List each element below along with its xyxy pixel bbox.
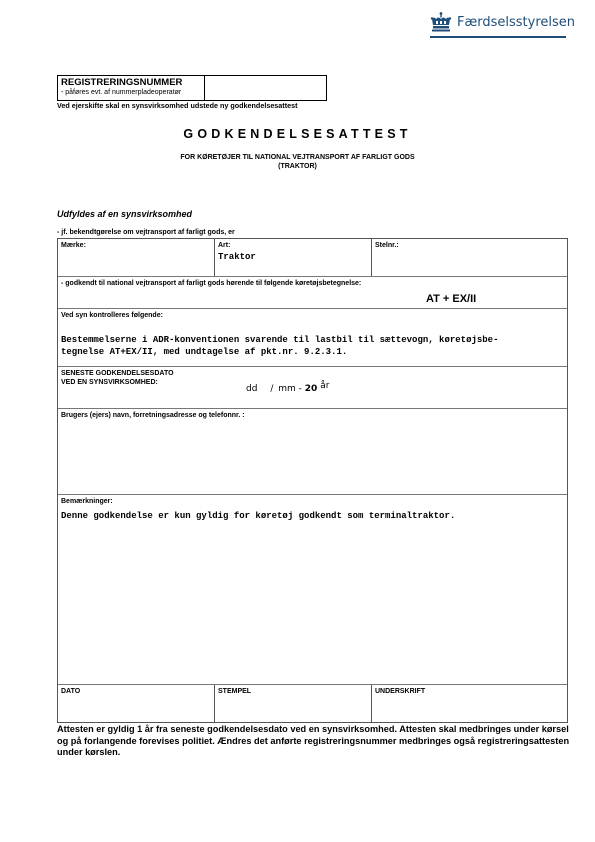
date-label: DATO: [61, 687, 211, 696]
validity-note: Attesten er gyldig 1 år fra seneste godk…: [57, 724, 577, 759]
date-sep-1: /: [270, 384, 273, 394]
agency-logo: Færdselsstyrelsen: [430, 12, 570, 42]
registration-title: REGISTRERINGSNUMMER: [61, 77, 201, 88]
date-field[interactable]: DATO: [58, 685, 214, 723]
date-sep-2: -: [299, 384, 302, 394]
make-label: Mærke:: [61, 241, 211, 250]
logo-text: Færdselsstyrelsen: [457, 15, 575, 30]
registration-box: REGISTRERINGSNUMMER - påføres evt. af nu…: [57, 75, 327, 101]
logo-underline: [430, 36, 566, 38]
remarks-label: Bemærkninger:: [61, 497, 564, 506]
owner-row: Brugers (ejers) navn, forretningsadresse…: [58, 409, 567, 495]
chassis-field[interactable]: Stelnr.:: [371, 239, 567, 276]
inspection-field[interactable]: Ved syn kontrolleres følgende: Bestemmel…: [58, 309, 567, 366]
registration-subtitle: - påføres evt. af nummerpladeoperatør: [61, 88, 201, 97]
date-year: år: [320, 381, 329, 391]
inspection-row: Ved syn kontrolleres følgende: Bestemmel…: [58, 309, 567, 367]
date-century: 20: [305, 384, 318, 394]
stamp-field[interactable]: STEMPEL: [214, 685, 371, 723]
signature-row: DATO STEMPEL UNDERSKRIFT: [58, 685, 567, 723]
approval-date-field[interactable]: SENESTE GODKENDELSESDATO VED EN SYNSVIRK…: [58, 367, 567, 408]
date-format: dd / mm - 20 år: [246, 384, 329, 394]
subtitle-line-1: FOR KØRETØJER TIL NATIONAL VEJTRANSPORT …: [0, 153, 595, 162]
vehicle-row: Mærke: Art: Traktor Stelnr.:: [58, 239, 567, 277]
make-field[interactable]: Mærke:: [58, 239, 214, 276]
approval-form: Mærke: Art: Traktor Stelnr.: - godkendt …: [57, 238, 568, 723]
remarks-text: Denne godkendelse er kun gyldig for køre…: [61, 511, 455, 521]
owner-field[interactable]: Brugers (ejers) navn, forretningsadresse…: [58, 409, 567, 494]
type-label: Art:: [218, 241, 368, 250]
signature-field[interactable]: UNDERSKRIFT: [371, 685, 567, 723]
date-month: mm: [278, 384, 296, 394]
inspection-text: Bestemmelserne i ADR-konventionen svaren…: [61, 334, 498, 358]
chassis-label: Stelnr.:: [375, 241, 564, 250]
signature-label: UNDERSKRIFT: [375, 687, 564, 696]
subtitle-line-2: (TRAKTOR): [0, 162, 595, 171]
document-title: GODKENDELSESATTEST: [0, 127, 595, 141]
date-day: dd: [246, 384, 257, 394]
reference-note: - jf. bekendtgørelse om vejtransport af …: [57, 229, 235, 236]
type-value: Traktor: [218, 252, 368, 262]
designation-field[interactable]: - godkendt til national vejtransport af …: [58, 277, 567, 308]
remarks-row: Bemærkninger: Denne godkendelse er kun g…: [58, 495, 567, 685]
designation-value: AT + EX/II: [426, 293, 476, 305]
stamp-label: STEMPEL: [218, 687, 368, 696]
approved-label: - godkendt til national vejtransport af …: [61, 279, 564, 288]
crown-icon: [430, 12, 452, 32]
approval-date-label-1: SENESTE GODKENDELSESDATO: [61, 369, 564, 378]
registration-label-cell: REGISTRERINGSNUMMER - påføres evt. af nu…: [58, 76, 205, 100]
fill-note: Udfyldes af en synsvirksomhed: [57, 209, 192, 219]
registration-number-field[interactable]: [205, 76, 326, 100]
type-field[interactable]: Art: Traktor: [214, 239, 371, 276]
owner-label: Brugers (ejers) navn, forretningsadresse…: [61, 411, 564, 420]
remarks-field[interactable]: Bemærkninger: Denne godkendelse er kun g…: [58, 495, 567, 684]
inspection-label: Ved syn kontrolleres følgende:: [61, 311, 564, 320]
owner-change-note: Ved ejerskifte skal en synsvirksomhed ud…: [57, 101, 297, 110]
document-subtitle: FOR KØRETØJER TIL NATIONAL VEJTRANSPORT …: [0, 153, 595, 171]
approval-date-row: SENESTE GODKENDELSESDATO VED EN SYNSVIRK…: [58, 367, 567, 409]
designation-row: - godkendt til national vejtransport af …: [58, 277, 567, 309]
